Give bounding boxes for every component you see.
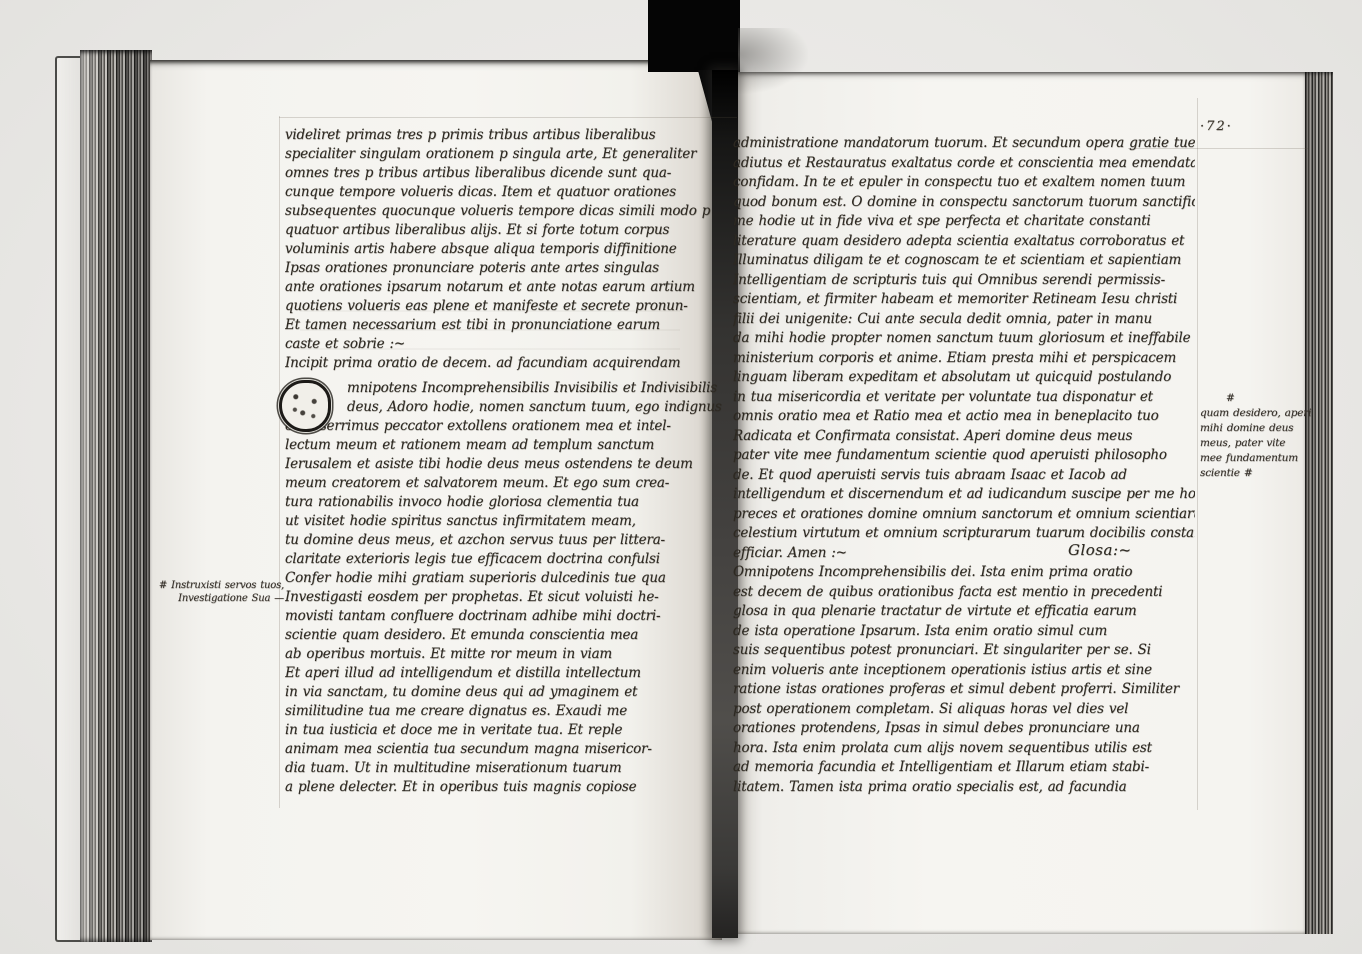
manuscript-text-line: da mihi hodie propter nomen sanctum tuum… xyxy=(733,329,1195,349)
manuscript-text-line: est decem de quibus orationibus facta es… xyxy=(733,583,1195,603)
manuscript-text-line: animam mea scientia tua secundum magna m… xyxy=(285,740,737,759)
manuscript-text-line: movisti tantam confluere doctrinam adhib… xyxy=(285,607,737,626)
manuscript-text-line: omnis oratio mea et Ratio mea et actio m… xyxy=(733,407,1195,427)
right-page-text-block: Glosa:~ administratione mandatorum tuoru… xyxy=(733,134,1195,797)
manuscript-text-line: literature quam desidero adepta scientia… xyxy=(733,232,1195,252)
manuscript-text-line: Illuminatus diligam te et cognoscam te e… xyxy=(733,251,1195,271)
spine-shadow xyxy=(738,28,808,94)
manuscript-text-line: Ierusalem et asiste tibi hodie deus meus… xyxy=(285,455,737,474)
manuscript-text-line: scientie # xyxy=(1200,466,1320,481)
manuscript-text-line: adiutus et Restauratus exaltatus corde e… xyxy=(733,154,1195,174)
manuscript-text-line: scientiam, et firmiter habeam et memorit… xyxy=(733,290,1195,310)
manuscript-text-line: Investigasti eosdem per prophetas. Et si… xyxy=(285,588,737,607)
manuscript-text-line: deus, Adoro hodie, nomen sanctum tuum, e… xyxy=(285,398,737,417)
manuscript-text-line: linguam liberam expeditam et absolutam u… xyxy=(733,368,1195,388)
manuscript-text-line: et miserrimus peccator extollens oration… xyxy=(285,417,737,436)
manuscript-text-line: in tua misericordia et veritate per volu… xyxy=(733,388,1195,408)
manuscript-text-line: scientie quam desidero. Et emunda consci… xyxy=(285,626,737,645)
ruling-line-left-vertical xyxy=(279,116,280,808)
manuscript-text-line: suis sequentibus potest pronunciari. Et … xyxy=(733,641,1195,661)
left-margin-gloss: # Instruxisti servos tuos,Investigatione… xyxy=(152,579,284,605)
manuscript-text-line: preces et orationes domine omnium sancto… xyxy=(733,505,1195,525)
manuscript-text-line: quotiens volueris eas plene et manifeste… xyxy=(285,297,737,316)
folio-number: ·72· xyxy=(1200,119,1233,134)
manuscript-text-line: Ipsas orationes pronunciare poteris ante… xyxy=(285,259,737,278)
manuscript-text-line: post operationem completam. Si aliquas h… xyxy=(733,700,1195,720)
page-edge-stack-left xyxy=(80,50,152,942)
manuscript-text-line: Et aperi illud ad intelligendum et disti… xyxy=(285,664,737,683)
ruling-line-right-vertical xyxy=(1197,98,1198,810)
manuscript-text-line: videliret primas tres p primis tribus ar… xyxy=(285,126,737,145)
manuscript-text-line: a plene delecter. Et in operibus tuis ma… xyxy=(285,778,737,797)
spine-marker xyxy=(648,0,740,72)
manuscript-text-line: caste et sobrie :~ xyxy=(285,335,737,354)
manuscript-text-line: quam desidero, aperi xyxy=(1200,406,1320,421)
manuscript-text-line: Radicata et Confirmata consistat. Aperi … xyxy=(733,427,1195,447)
manuscript-text-line: Confer hodie mihi gratiam superioris dul… xyxy=(285,569,737,588)
manuscript-text-line: de. Et quod aperuisti servis tuis abraam… xyxy=(733,466,1195,486)
decorated-initial-O xyxy=(279,380,331,432)
manuscript-text-line: ut visitet hodie spiritus sanctus infirm… xyxy=(285,512,737,531)
manuscript-text-line: Et tamen necessarium est tibi in pronunc… xyxy=(285,316,737,335)
prayer-paragraph: mnipotens Incomprehensibilis Invisibilis… xyxy=(285,379,737,797)
manuscript-text-line: intelligendum et discernendum et ad iudi… xyxy=(733,485,1195,505)
rubric-incipit: Incipit prima oratio de decem. ad facund… xyxy=(285,354,737,373)
manuscript-text-line: Investigatione Sua — xyxy=(152,592,284,605)
manuscript-text-line: orationes protendens, Ipsas in simul deb… xyxy=(733,719,1195,739)
manuscript-text-line: ad memoria facundia et Intelligentiam et… xyxy=(733,758,1195,778)
manuscript-text-line: Omnipotens Incomprehensibilis dei. Ista … xyxy=(733,563,1195,583)
manuscript-text-line: enim volueris ante inceptionem operation… xyxy=(733,661,1195,681)
manuscript-text-line: hora. Ista enim prolata cum alijs novem … xyxy=(733,739,1195,759)
manuscript-text-line: # xyxy=(1200,391,1320,406)
manuscript-text-line: meus, pater vite xyxy=(1200,436,1320,451)
manuscript-text-line: glosa in qua plenarie tractatur de virtu… xyxy=(733,602,1195,622)
manuscript-text-line: subsequentes quocunque volueris tempore … xyxy=(285,202,737,221)
manuscript-text-line: de ista operatione Ipsarum. Ista enim or… xyxy=(733,622,1195,642)
manuscript-text-line: ab operibus mortuis. Et mitte ror meum i… xyxy=(285,645,737,664)
manuscript-text-line: ratione istas orationes proferas et simu… xyxy=(733,680,1195,700)
gloss-heading: Glosa:~ xyxy=(1068,541,1132,559)
manuscript-text-line: meum creatorem et salvatorem meum. Et eg… xyxy=(285,474,737,493)
manuscript-photo: ·72· videliret primas tres p primis trib… xyxy=(0,0,1362,954)
manuscript-text-line: specialiter singulam orationem p singula… xyxy=(285,145,737,164)
manuscript-text-line: pater vite mee fundamentum scientie quod… xyxy=(733,446,1195,466)
manuscript-text-line: administratione mandatorum tuorum. Et se… xyxy=(733,134,1195,154)
right-margin-gloss: #quam desidero, aperimihi domine deusmeu… xyxy=(1200,391,1320,481)
manuscript-text-line: # Instruxisti servos tuos, xyxy=(152,579,284,592)
manuscript-text-line: claritate exterioris legis tue efficacem… xyxy=(285,550,737,569)
manuscript-text-line: ministerium corporis et anime. Etiam pre… xyxy=(733,349,1195,369)
manuscript-text-line: confidam. In te et epuler in conspectu t… xyxy=(733,173,1195,193)
manuscript-text-line: tu domine deus meus, et azchon servus tu… xyxy=(285,531,737,550)
manuscript-text-line: in via sanctam, tu domine deus qui ad ym… xyxy=(285,683,737,702)
page-edge-stack-right xyxy=(1305,72,1333,934)
left-page-text-block: videliret primas tres p primis tribus ar… xyxy=(285,126,737,797)
manuscript-text-line: ante orationes ipsarum notarum et ante n… xyxy=(285,278,737,297)
manuscript-text-line: mee fundamentum xyxy=(1200,451,1320,466)
manuscript-text-line: mnipotens Incomprehensibilis Invisibilis… xyxy=(285,379,737,398)
manuscript-text-line: me hodie ut in fide viva et spe perfecta… xyxy=(733,212,1195,232)
manuscript-text-line: tura rationabilis invoco hodie gloriosa … xyxy=(285,493,737,512)
manuscript-text-line: cunque tempore volueris dicas. Item et q… xyxy=(285,183,737,202)
manuscript-text-line: voluminis artis habere absque aliqua tem… xyxy=(285,240,737,259)
manuscript-text-line: omnes tres p tribus artibus liberalibus … xyxy=(285,164,737,183)
ruling-line-left-horizontal xyxy=(279,117,737,118)
manuscript-text-line: filii dei unigenite: Cui ante secula ded… xyxy=(733,310,1195,330)
left-upper-paragraph: videliret primas tres p primis tribus ar… xyxy=(285,126,737,354)
manuscript-text-line: lectum meum et rationem meam ad templum … xyxy=(285,436,737,455)
manuscript-text-line: Intelligentiam de scripturis tuis qui Om… xyxy=(733,271,1195,291)
manuscript-text-line: quod bonum est. O domine in conspectu sa… xyxy=(733,193,1195,213)
manuscript-text-line: similitudine tua me creare dignatus es. … xyxy=(285,702,737,721)
manuscript-text-line: mihi domine deus xyxy=(1200,421,1320,436)
manuscript-text-line: quatuor artibus liberalibus alijs. Et si… xyxy=(285,221,737,240)
manuscript-text-line: litatem. Tamen ista prima oratio special… xyxy=(733,778,1195,798)
manuscript-text-line: dia tuam. Ut in multitudine miserationum… xyxy=(285,759,737,778)
manuscript-text-line: in tua iusticia et doce me in veritate t… xyxy=(285,721,737,740)
